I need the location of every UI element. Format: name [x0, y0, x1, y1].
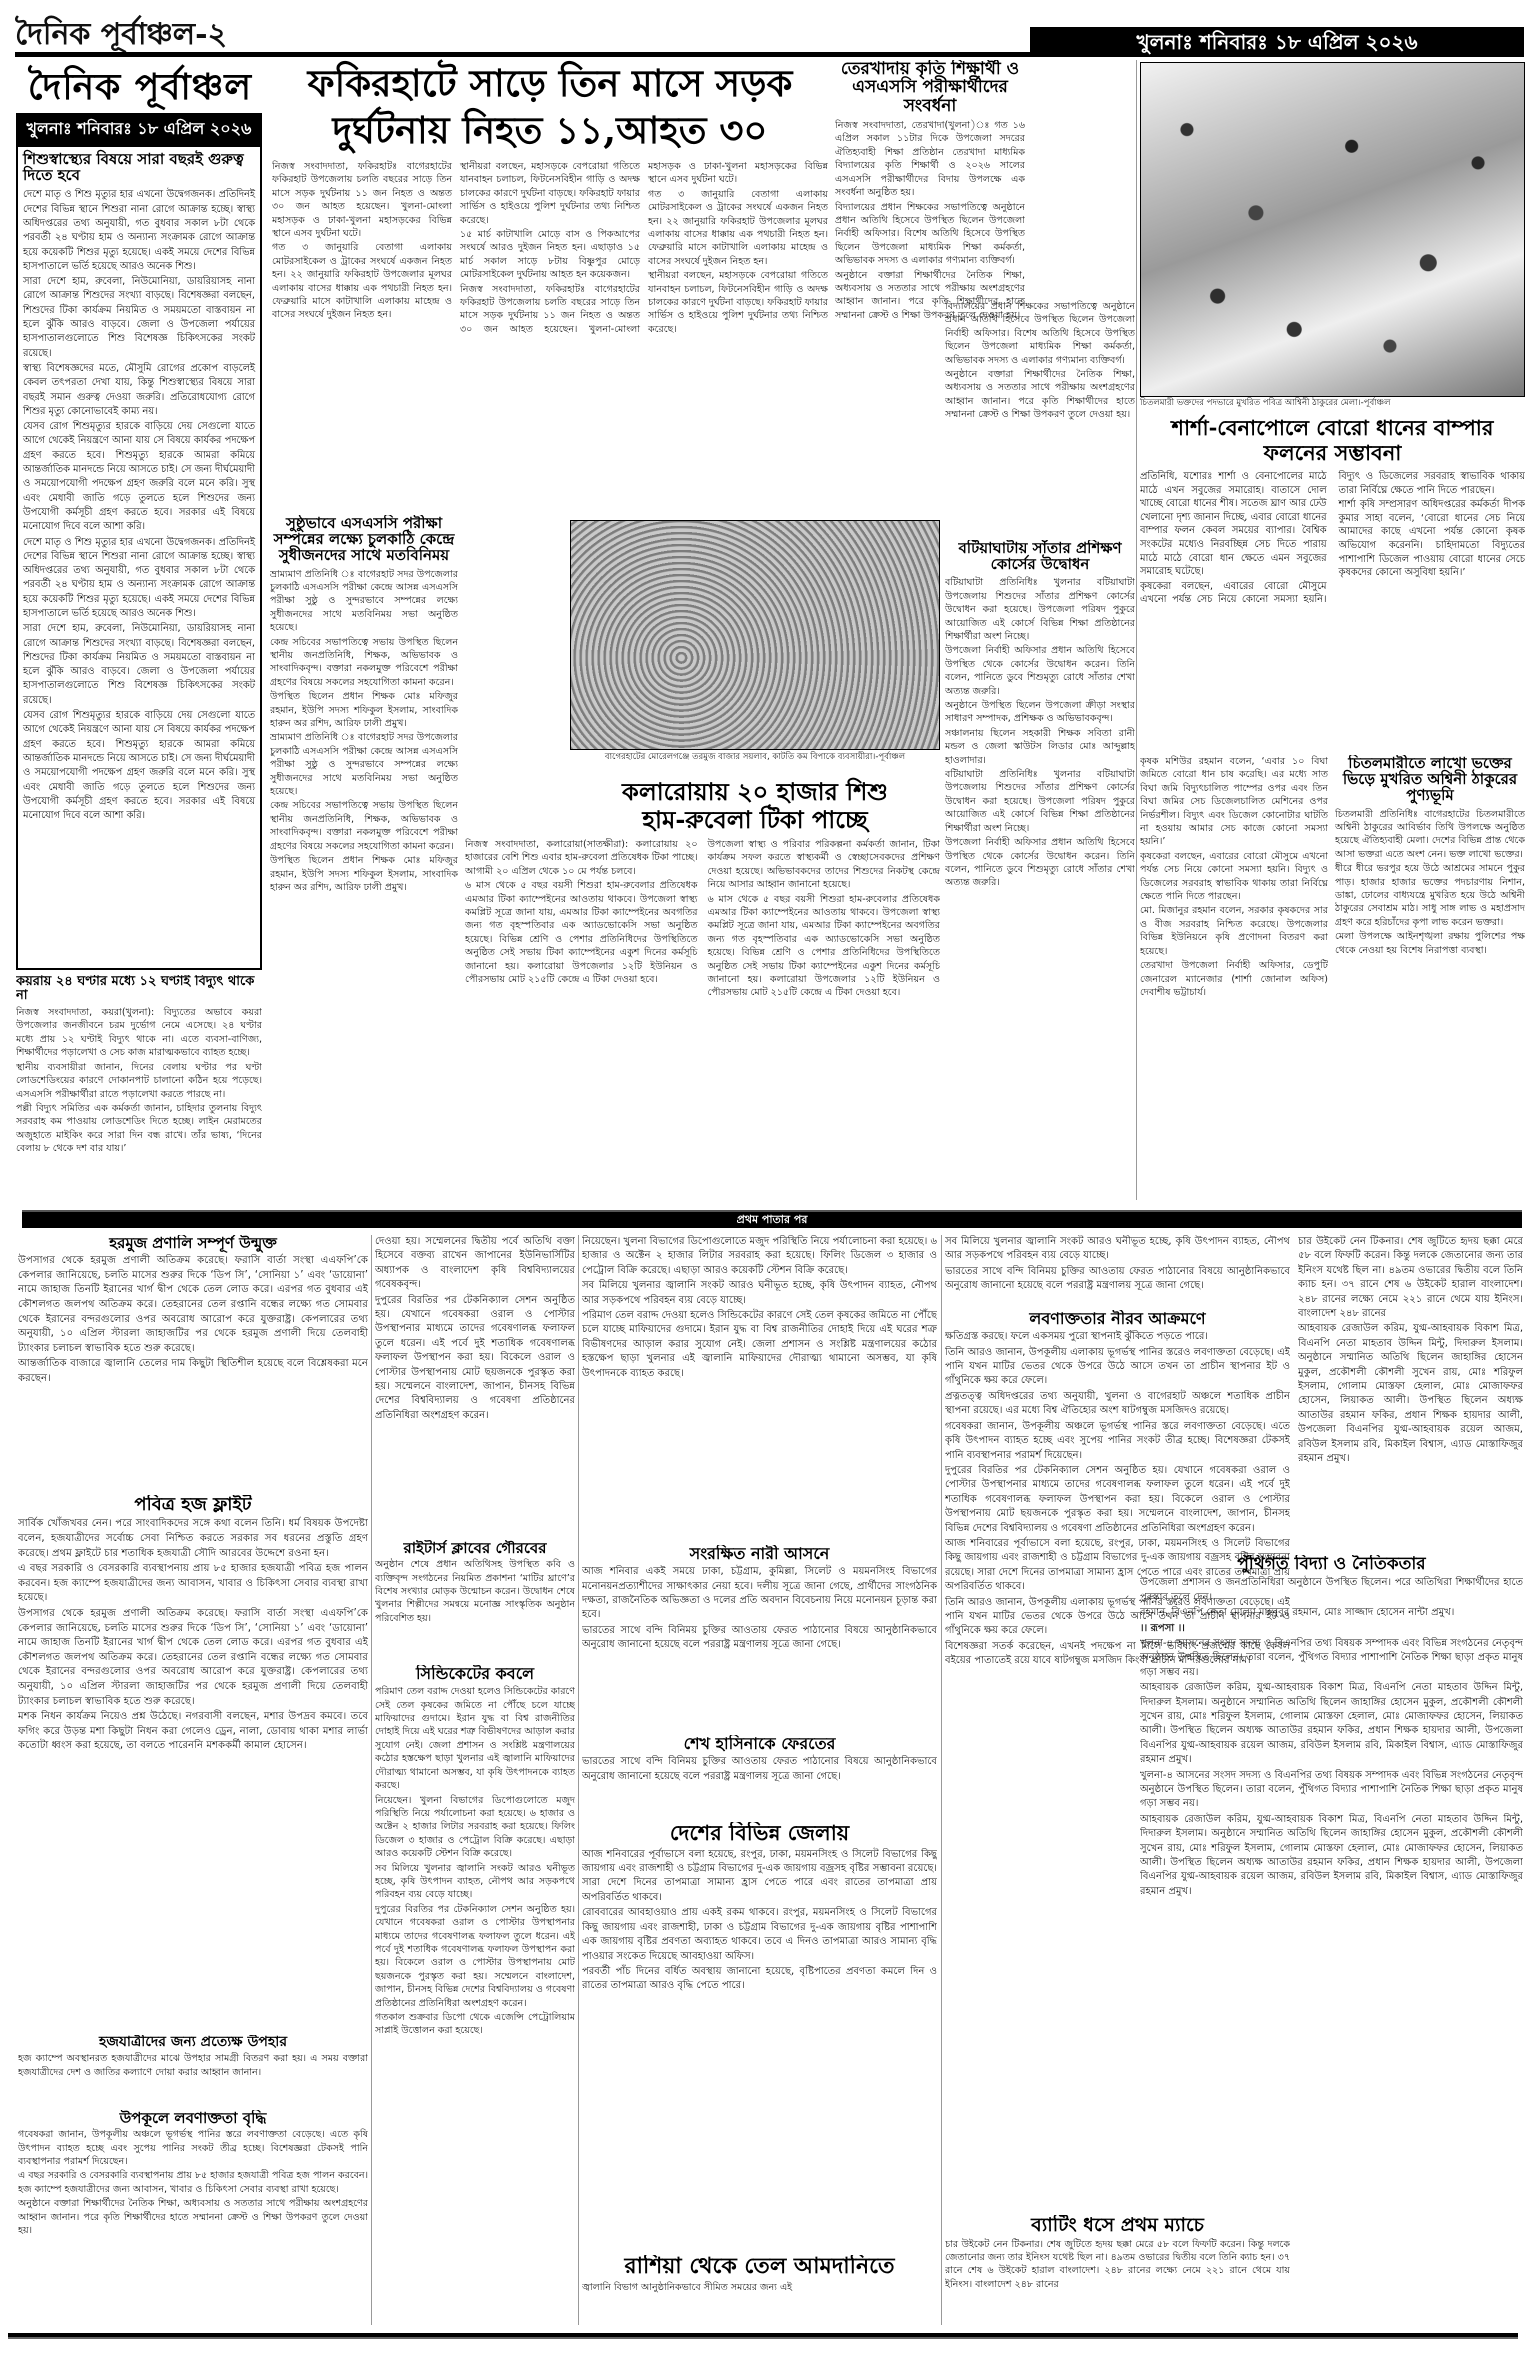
crowd-photo	[1140, 62, 1525, 397]
coastal-paragraph: অনুষ্ঠানে বক্তারা শিক্ষার্থীদের নৈতিক শি…	[18, 2197, 368, 2237]
salinity-headline: লবণাক্ততার নীরব আক্রমণে	[945, 1310, 1290, 1327]
fuel-paragraph: সব মিলিয়ে খুলনার জ্বালানি সংকট আরও ঘনীভ…	[582, 1279, 937, 1308]
column-separator	[371, 1235, 372, 2325]
continued-divider: প্রথম পাতার পর	[22, 1210, 1522, 1228]
inherited-paragraph: আহবায়ক রেজাউল করিম, যুগ্ম-আহবায়ক বিকাশ…	[1140, 1813, 1523, 1899]
koyra-paragraph: নিজস্ব সংবাদদাতা, কয়রা(খুলনা): বিদ্যুতে…	[16, 1006, 262, 1060]
ssc-paragraph: ভ্রাম্যমাণ প্রতিনিধি ঃ বাগেরহাট সদর উপজে…	[270, 568, 458, 635]
salinity-paragraph: দুপুরের বিরতির পর টেকনিক্যাল সেশন অনুষ্ঠ…	[945, 1464, 1290, 1536]
ssc-headline: সুষ্ঠুভাবে এসএসসি পরীক্ষা সম্পন্নের লক্ষ…	[270, 515, 458, 564]
story-hajj-gift: হজযাত্রীদের জন্য প্রত্যেক্ষ উপহার হজ ক্য…	[18, 2035, 368, 2115]
conference-paragraph: দেওয়া হয়। সম্মেলনের দ্বিতীয় পর্বে অতি…	[375, 1235, 575, 1293]
inherited-body: উপজেলা প্রশাসন ও জনপ্রতিনিধিরা অনুষ্ঠানে…	[1140, 1576, 1523, 1899]
coastal-headline: উপকূলে লবণাক্ততা বৃদ্ধি	[18, 2110, 368, 2126]
hajj-gift-headline: হজযাত্রীদের জন্য প্রত্যেক্ষ উপহার	[18, 2035, 368, 2050]
lead-paragraph: স্থানীয়রা বলছেন, মহাসড়কে বেপরোয়া গতিত…	[460, 160, 640, 227]
lead-paragraph: স্থানীয়রা বলছেন, মহাসড়কে বেপরোয়া গতিত…	[648, 269, 828, 336]
coastal-paragraph: গবেষকরা জানান, উপকূলীয় অঞ্চলে ভূগর্ভস্থ…	[18, 2128, 368, 2168]
fuel-paragraph: পরিমাণ তেল বরাদ্দ দেওয়া হলেও সিন্ডিকেটে…	[582, 1309, 937, 1381]
ssc-paragraph: কেন্দ্র সচিবের সভাপতিত্বে সভায় উপস্থিত …	[270, 799, 458, 853]
swimming-body: বটিয়াঘাটা প্রতিনিধিঃ খুলনার বটিয়াঘাটা …	[945, 576, 1135, 889]
story-districts: দেশের বিভিন্ন জেলায় আজ শনিবারের পূর্বাভ…	[582, 1822, 937, 2242]
fuel-paragraph: নিয়েছেন। খুলনা বিভাগের ডিপোগুলোতে মজুদ …	[582, 1235, 937, 1278]
story-hajj: পবিত্র হজ ফ্লাইট সার্বিক খোঁজখবর নেন। পর…	[18, 1495, 368, 2015]
hajj-paragraph: এ বছর সরকারি ও বেসরকারি ব্যবস্থাপনায় প্…	[18, 1562, 368, 1606]
districts-paragraph: রোববারের আবহাওয়াও প্রায় একই রকম থাকবে।…	[582, 1906, 937, 1964]
story-swimming: বটিয়াঘাটায় সাঁতার প্রশিক্ষণ কোর্সের উদ…	[945, 540, 1135, 1170]
salinity-paragraph: গবেষকরা জানান, উপকূলীয় অঞ্চলে ভূগর্ভস্থ…	[945, 1420, 1290, 1463]
terkhada-body: নিজস্ব সংবাদদাতা, তেরখাদা(খুলনা)ঃ গত ১৬ …	[835, 119, 1025, 322]
districts-paragraph: পরবর্তী পাঁচ দিনের বর্ধিত অবস্থায় জানান…	[582, 1965, 937, 1994]
russia-oil-body: জ্বালানি বিভাগ আনুষ্ঠানিকভাবে সীমিত সময়…	[582, 2281, 937, 2294]
dateline-right: খুলনাঃ শনিবারঃ ১৮ এপ্রিল ২০২৬	[1030, 27, 1524, 57]
inherited-headline: পুঁথিগত বিদ্যা ও নৈতিকতার	[1140, 1555, 1523, 1573]
terkhada-paragraph: বিদ্যালয়ের প্রধান শিক্ষকের সভাপতিত্বে অ…	[945, 300, 1135, 367]
hasina-paragraph: ভারতের সাথে বন্দি বিনিময় চুক্তির আওতায়…	[582, 1755, 937, 1784]
ssc-paragraph: উপস্থিত ছিলেন প্রধান শিক্ষক মোঃ মফিজুর র…	[270, 854, 458, 894]
fuel-khulna-body: নিয়েছেন। খুলনা বিভাগের ডিপোগুলোতে মজুদ …	[582, 1235, 937, 1535]
story-reserved-seats: সংরক্ষিত নারী আসনে আজ শনিবার একই সময়ে ঢ…	[582, 1545, 937, 1730]
inherited-paragraph: খুলনা-৪ আসনের সংসদ সদস্য ও বিএনপির তথ্য …	[1140, 1769, 1523, 1812]
editorial-paragraph: সারা দেশে হাম, রুবেলা, নিউমোনিয়া, ডায়র…	[23, 275, 255, 361]
salinity-paragraph: প্রত্নতত্ত্ব অধিদপ্তরের তথ্য অনুযায়ী, খ…	[945, 1390, 1290, 1419]
editorial-paragraph: দেশে মাতৃ ও শিশু মৃত্যুর হার এখনো উদ্বেগ…	[23, 536, 255, 622]
rupsha-label: ।। রূপসা ।।	[1140, 1622, 1523, 1636]
story-coastal: উপকূলে লবণাক্ততা বৃদ্ধি গবেষকরা জানান, উ…	[18, 2110, 368, 2310]
swimming-headline: বটিয়াঘাটায় সাঁতার প্রশিক্ষণ কোর্সের উদ…	[945, 540, 1135, 572]
lead-paragraph: নিজস্ব সংবাদদাতা, ফকিরহাটঃ বাগেরহাটের ফক…	[272, 160, 452, 240]
story-chitalmari: চিতলমারীতে লাখো ভক্তের ভিড়ে মুখরিত অশ্ব…	[1335, 755, 1525, 1175]
hajj-paragraph: সার্বিক খোঁজখবর নেন। পরে সাংবাদিকদের সঙ্…	[18, 1517, 368, 1561]
syndicate-paragraph: পরিমাণ তেল বরাদ্দ দেওয়া হলেও সিন্ডিকেটে…	[375, 1685, 575, 1792]
ssc-body: ভ্রাম্যমাণ প্রতিনিধি ঃ বাগেরহাট সদর উপজে…	[270, 568, 458, 895]
terkhada-paragraph: নিজস্ব সংবাদদাতা, তেরখাদা(খুলনা)ঃ গত ১৬ …	[835, 119, 1025, 199]
story-hasina: শেখ হাসিনাকে ফেরতের ভারতের সাথে বন্দি বি…	[582, 1735, 937, 1820]
story-syndicate: সিন্ডিকেটের কবলে পরিমাণ তেল বরাদ্দ দেওয়…	[375, 1665, 575, 2305]
hasina-headline: শেখ হাসিনাকে ফেরতের	[582, 1735, 937, 1752]
measles-paragraph: ৬ মাস থেকে ৫ বছর বয়সী শিশুরা হাম-রুবেলা…	[708, 893, 941, 1000]
hasina-body: ভারতের সাথে বন্দি বিনিময় চুক্তির আওতায়…	[582, 1755, 937, 1784]
right-lower-body: চার উইকেট নেন টিকনার। শেষ জুটিতে হৃদয় ছ…	[1298, 1235, 1523, 1555]
terkhada-continued: বিদ্যালয়ের প্রধান শিক্ষকের সভাপতিত্বে অ…	[945, 300, 1135, 530]
story-writers-club: রাইটার্স ক্লাবের গৌরবের অনুষ্ঠান শেষে প্…	[375, 1540, 575, 1660]
measles-paragraph: নিজস্ব সংবাদদাতা, কলারোয়া(সাতক্ষীরা): ক…	[465, 838, 698, 878]
editorial-headline: শিশুস্বাস্থ্যের বিষয়ে সারা বছরই গুরুত্ব…	[23, 151, 255, 183]
hajj-gift-paragraph: হজ ক্যাম্পে অবস্থানরত হজযাত্রীদের মাঝে উ…	[18, 2052, 368, 2079]
swimming-paragraph: অনুষ্ঠানে উপস্থিত ছিলেন উপজেলা ক্রীড়া স…	[945, 699, 1135, 726]
coastal-paragraph: এ বছর সরকারি ও বেসরকারি ব্যবস্থাপনায় প্…	[18, 2169, 368, 2196]
syndicate-body: পরিমাণ তেল বরাদ্দ দেওয়া হলেও সিন্ডিকেটে…	[375, 1685, 575, 2038]
rupsha-body: খুলনা-৪ আসনের সংসদ সদস্য ও বিএনপির তথ্য …	[1140, 1637, 1523, 1680]
measles-body: নিজস্ব সংবাদদাতা, কলারোয়া(সাতক্ষীরা): ক…	[465, 838, 940, 1173]
boro-paragraph: কৃষক মশিউর রহমান বলেন, ‘এবার ১০ বিঘা জমি…	[1140, 755, 1328, 849]
lead-headline-line1: ফকিরহাটে সাড়ে তিন মাসে সড়ক	[270, 60, 830, 107]
inherited-paragraph: উপজেলা প্রশাসন ও জনপ্রতিনিধিরা অনুষ্ঠানে…	[1140, 1576, 1523, 1605]
boro-body-continued: কৃষক মশিউর রহমান বলেন, ‘এবার ১০ বিঘা জমি…	[1140, 755, 1328, 1175]
terkhada-paragraph: বিদ্যালয়ের প্রধান শিক্ষকের সভাপতিত্বে অ…	[835, 201, 1025, 268]
boro-paragraph: কৃষকেরা বলছেন, এবারের বোরো মৌসুমে এখনো প…	[1140, 850, 1328, 904]
swimming-paragraph: সঞ্চালনায় ছিলেন সহকারী শিক্ষক সবিতা রান…	[945, 727, 1135, 767]
writers-club-headline: রাইটার্স ক্লাবের গৌরবের	[375, 1540, 575, 1556]
salinity-paragraph: ক্ষতিগ্রস্ত করছে। ফলে একসময় পুরো স্থাপন…	[945, 1330, 1290, 1344]
reserved-seats-headline: সংরক্ষিত নারী আসনে	[582, 1545, 937, 1562]
measles-headline-line1: কলারোয়ায় ২০ হাজার শিশু	[570, 778, 940, 806]
boro-paragraph: প্রতিনিধি, যশোরঃ শার্শা ও বেনাপোলের মাঠে…	[1140, 470, 1327, 579]
measles-headline-line2: হাম-রুবেলা টিকা পাচ্ছে	[570, 806, 940, 834]
dateline-left: খুলনাঃ শনিবারঃ ১৮ এপ্রিল ২০২৬	[16, 113, 262, 145]
swimming-paragraph: উপজেলা নির্বাহী অফিসার প্রধান অতিথি হিসে…	[945, 836, 1135, 890]
story-ssc-exchange: সুষ্ঠুভাবে এসএসসি পরীক্ষা সম্পন্নের লক্ষ…	[270, 515, 458, 1175]
syndicate-paragraph: দুপুরের বিরতির পর টেকনিক্যাল সেশন অনুষ্ঠ…	[375, 1903, 575, 2010]
measles-headline: কলারোয়ায় ২০ হাজার শিশু হাম-রুবেলা টিকা…	[570, 778, 940, 834]
lead-paragraph: গত ৩ জানুয়ারি বেতাগা এলাকায় মোটরসাইকেল…	[272, 241, 452, 321]
swimming-paragraph: বটিয়াঘাটা প্রতিনিধিঃ খুলনার বটিয়াঘাটা …	[945, 768, 1135, 835]
swimming-paragraph: বটিয়াঘাটা প্রতিনিধিঃ খুলনার বটিয়াঘাটা …	[945, 576, 1135, 643]
column-separator	[578, 1235, 579, 2325]
right-lower-paragraph: আহবায়ক রেজাউল করিম, যুগ্ম-আহবায়ক বিকাশ…	[1298, 1322, 1523, 1466]
measles-paragraph: ৬ মাস থেকে ৫ বছর বয়সী শিশুরা হাম-রুবেলা…	[465, 879, 698, 986]
inherited-paragraph: আহবায়ক রেজাউল করিম, যুগ্ম-আহবায়ক বিকাশ…	[1140, 1681, 1523, 1767]
koyra-body: নিজস্ব সংবাদদাতা, কয়রা(খুলনা): বিদ্যুতে…	[16, 1006, 262, 1155]
editorial-paragraph: স্বাস্থ্য বিশেষজ্ঞদের মতে, মৌসুমি রোগের …	[23, 362, 255, 419]
reserved-seats-body: আজ শনিবার একই সময়ে ঢাকা, চট্টগ্রাম, কুম…	[582, 1565, 937, 1652]
russia-oil-headline: রাশিয়া থেকে তেল আমদানিতে	[582, 2255, 937, 2279]
column-separator	[1136, 60, 1137, 1200]
writers-club-body: অনুষ্ঠান শেষে প্রধান অতিথিসহ উপস্থিত কবি…	[375, 1558, 575, 1625]
story-inherited: পুঁথিগত বিদ্যা ও নৈতিকতার উপজেলা প্রশাসন…	[1140, 1555, 1523, 2315]
chitalmari-headline: চিতলমারীতে লাখো ভক্তের ভিড়ে মুখরিত অশ্ব…	[1335, 755, 1525, 804]
hajj-gift-body: হজ ক্যাম্পে অবস্থানরত হজযাত্রীদের মাঝে উ…	[18, 2052, 368, 2079]
coastal-body: গবেষকরা জানান, উপকূলীয় অঞ্চলে ভূগর্ভস্থ…	[18, 2128, 368, 2237]
story-russia-oil: রাশিয়া থেকে তেল আমদানিতে জ্বালানি বিভাগ…	[582, 2255, 937, 2315]
districts-paragraph: আজ শনিবারের পূর্বাভাসে বলা হয়েছে, রংপুর…	[582, 1848, 937, 1906]
reserved-seats-paragraph: আজ শনিবার একই সময়ে ঢাকা, চট্টগ্রাম, কুম…	[582, 1565, 937, 1623]
chitalmari-paragraph: ধীরে ধীরে ভরপুর হয়ে উঠে আশ্রমের সামনে প…	[1335, 862, 1525, 929]
russia-oil-paragraph: জ্বালানি বিভাগ আনুষ্ঠানিকভাবে সীমিত সময়…	[582, 2281, 937, 2294]
rupsha-pre: রহমান, বিএনপি নেতা মোল্যা মাহবুবুর রহমান…	[1140, 1606, 1523, 1620]
ssc-paragraph: কেন্দ্র সচিবের সভাপতিত্বে সভায় উপস্থিত …	[270, 636, 458, 690]
story-hormuz: হরমুজ প্রণালি সম্পূর্ণ উন্মুক্ত উপসাগর থ…	[18, 1235, 368, 1495]
chitalmari-paragraph: মেলা উপলক্ষে আইনশৃঙ্খলা রক্ষায় পুলিশের …	[1335, 930, 1525, 957]
hajj-headline: পবিত্র হজ ফ্লাইট	[18, 1495, 368, 1514]
syndicate-paragraph: সব মিলিয়ে খুলনার জ্বালানি সংকট আরও ঘনীভ…	[375, 1862, 575, 1902]
hajj-paragraph: উপসাগর থেকে হরমুজ প্রণালী অতিক্রম করেছে।…	[18, 1607, 368, 1709]
boro-body: প্রতিনিধি, যশোরঃ শার্শা ও বেনাপোলের মাঠে…	[1140, 470, 1525, 750]
syndicate-headline: সিন্ডিকেটের কবলে	[375, 1665, 575, 1682]
hormuz-paragraph: উপসাগর থেকে হরমুজ প্রণালী অতিক্রম করেছে।…	[18, 1254, 368, 1356]
terkhada-headline: তেরখাদায় কৃতি শিক্ষার্থী ও এসএসসি পরীক্…	[835, 60, 1025, 115]
lead-paragraph: গত ৩ জানুয়ারি বেতাগা এলাকায় মোটরসাইকেল…	[648, 188, 828, 268]
conference-paragraph: দুপুরের বিরতির পর টেকনিক্যাল সেশন অনুষ্ঠ…	[375, 1294, 575, 1424]
editorial-paragraph: যেসব রোগ শিশুমৃত্যুর হারকে বাড়িয়ে দেয়…	[23, 420, 255, 534]
hormuz-paragraph: আন্তর্জাতিক বাজারে জ্বালানি তেলের দাম কি…	[18, 1357, 368, 1386]
editorial-paragraph: দেশে মাতৃ ও শিশু মৃত্যুর হার এখনো উদ্বেগ…	[23, 188, 255, 274]
ssc-paragraph: ভ্রাম্যমাণ প্রতিনিধি ঃ বাগেরহাট সদর উপজে…	[270, 731, 458, 798]
boro-paragraph: তেরখাদা উপজেলা নির্বাহী অফিসার, ডেপুটি জ…	[1140, 959, 1328, 999]
crowd-photo-caption: চিতলমারী ভক্তদের পদভারে মুখরিত পবিত্র আশ…	[1140, 398, 1525, 409]
story-koyra: কয়রায় ২৪ ঘণ্টার মধ্যে ১২ ঘণ্টাই বিদ্যু…	[16, 975, 262, 1175]
right-lower-paragraph: চার উইকেট নেন টিকনার। শেষ জুটিতে হৃদয় ছ…	[1298, 1235, 1523, 1321]
footer-rule	[8, 2333, 1518, 2339]
swimming-paragraph: উপজেলা নির্বাহী অফিসার প্রধান অতিথি হিসে…	[945, 644, 1135, 698]
reserved-seats-paragraph: ভারতের সাথে বন্দি বিনিময় চুক্তির আওতায়…	[582, 1624, 937, 1653]
continued-divider-label: প্রথম পাতার পর	[22, 1212, 1522, 1228]
hormuz-headline: হরমুজ প্রণালি সম্পূর্ণ উন্মুক্ত	[18, 1235, 368, 1251]
hajj-paragraph: মশক নিধন কার্যক্রম নিয়েও প্রশ্ন উঠেছে। …	[18, 1710, 368, 1754]
salinity-paragraph: তিনি আরও জানান, উপকূলীয় এলাকায় ভূগর্ভস…	[945, 1346, 1290, 1389]
salinity-pre-body: সব মিলিয়ে খুলনার জ্বালানি সংকট আরও ঘনীভ…	[945, 1235, 1290, 1315]
ssc-paragraph: উপস্থিত ছিলেন প্রধান শিক্ষক মোঃ মফিজুর র…	[270, 690, 458, 730]
hajj-body: সার্বিক খোঁজখবর নেন। পরে সাংবাদিকদের সঙ্…	[18, 1517, 368, 1754]
lead-paragraph: ১৫ মার্চ কাটাখালি মোড়ে বাস ও পিকআপের সং…	[460, 228, 640, 282]
chitalmari-body: চিতলমারী প্রতিনিধিঃ বাগেরহাটের চিতলমারীত…	[1335, 808, 1525, 957]
districts-body: আজ শনিবারের পূর্বাভাসে বলা হয়েছে, রংপুর…	[582, 1848, 937, 1994]
measles-paragraph: উপজেলা স্বাস্থ্য ও পরিবার পরিকল্পনা কর্ম…	[708, 838, 941, 892]
writers-club-paragraph: অনুষ্ঠান শেষে প্রধান অতিথিসহ উপস্থিত কবি…	[375, 1558, 575, 1625]
market-photo	[570, 520, 940, 750]
newspaper-logo: দৈনিক পূর্বাঞ্চল	[15, 60, 265, 110]
boro-paragraph: মো. মিজানুর রহমান বলেন, সরকার কৃষকদের সা…	[1140, 904, 1328, 958]
lead-headline-line2: দুর্ঘটনায় নিহত ১১,আহত ৩০	[270, 107, 830, 154]
terkhada-paragraph: অনুষ্ঠানে বক্তারা শিক্ষার্থীদের নৈতিক শি…	[945, 368, 1135, 422]
salinity-paragraph: সব মিলিয়ে খুলনার জ্বালানি সংকট আরও ঘনীভ…	[945, 1235, 1290, 1264]
koyra-paragraph: স্থানীয় ব্যবসায়ীরা জানান, দিনের বেলায়…	[16, 1061, 262, 1101]
syndicate-paragraph: নিয়েছেন। খুলনা বিভাগের ডিপোগুলোতে মজুদ …	[375, 1794, 575, 1861]
districts-headline: দেশের বিভিন্ন জেলায়	[582, 1822, 937, 1845]
koyra-headline: কয়রায় ২৪ ঘণ্টার মধ্যে ১২ ঘণ্টাই বিদ্যু…	[16, 975, 262, 1003]
lead-headline: ফকিরহাটে সাড়ে তিন মাসে সড়ক দুর্ঘটনায় …	[270, 60, 830, 154]
boro-headline: শার্শা-বেনাপোলে বোরো ধানের বাম্পার ফলনের…	[1145, 415, 1520, 465]
editorial-paragraph: যেসব রোগ শিশুমৃত্যুর হারকে বাড়িয়ে দেয়…	[23, 709, 255, 823]
editorial-body: দেশে মাতৃ ও শিশু মৃত্যুর হার এখনো উদ্বেগ…	[23, 188, 255, 823]
lead-body: নিজস্ব সংবাদদাতা, ফকিরহাটঃ বাগেরহাটের ফক…	[272, 160, 828, 515]
boro-paragraph: শার্শা কৃষি সম্প্রসারণ অধিদপ্তরের কর্মকর…	[1339, 498, 1526, 580]
editorial-box: শিশুস্বাস্থ্যের বিষয়ে সারা বছরই গুরুত্ব…	[16, 145, 262, 970]
koyra-paragraph: পল্লী বিদ্যুৎ সমিতির এক কর্মকর্তা জানান,…	[16, 1102, 262, 1156]
conference-body: দেওয়া হয়। সম্মেলনের দ্বিতীয় পর্বে অতি…	[375, 1235, 575, 1535]
column-separator	[941, 1235, 942, 2325]
market-photo-caption: বাগেরহাটের মোরেলগঞ্জে তরমুজ বাজার সয়লাব…	[570, 752, 940, 763]
hormuz-body: উপসাগর থেকে হরমুজ প্রণালী অতিক্রম করেছে।…	[18, 1254, 368, 1386]
editorial-paragraph: সারা দেশে হাম, রুবেলা, নিউমোনিয়া, ডায়র…	[23, 622, 255, 708]
syndicate-paragraph: গতকাল শুক্রবার ডিপো থেকে এজেন্সি পেট্রোল…	[375, 2011, 575, 2038]
salinity-paragraph: ভারতের সাথে বন্দি বিনিময় চুক্তির আওতায়…	[945, 1265, 1290, 1294]
chitalmari-paragraph: চিতলমারী প্রতিনিধিঃ বাগেরহাটের চিতলমারীত…	[1335, 808, 1525, 862]
